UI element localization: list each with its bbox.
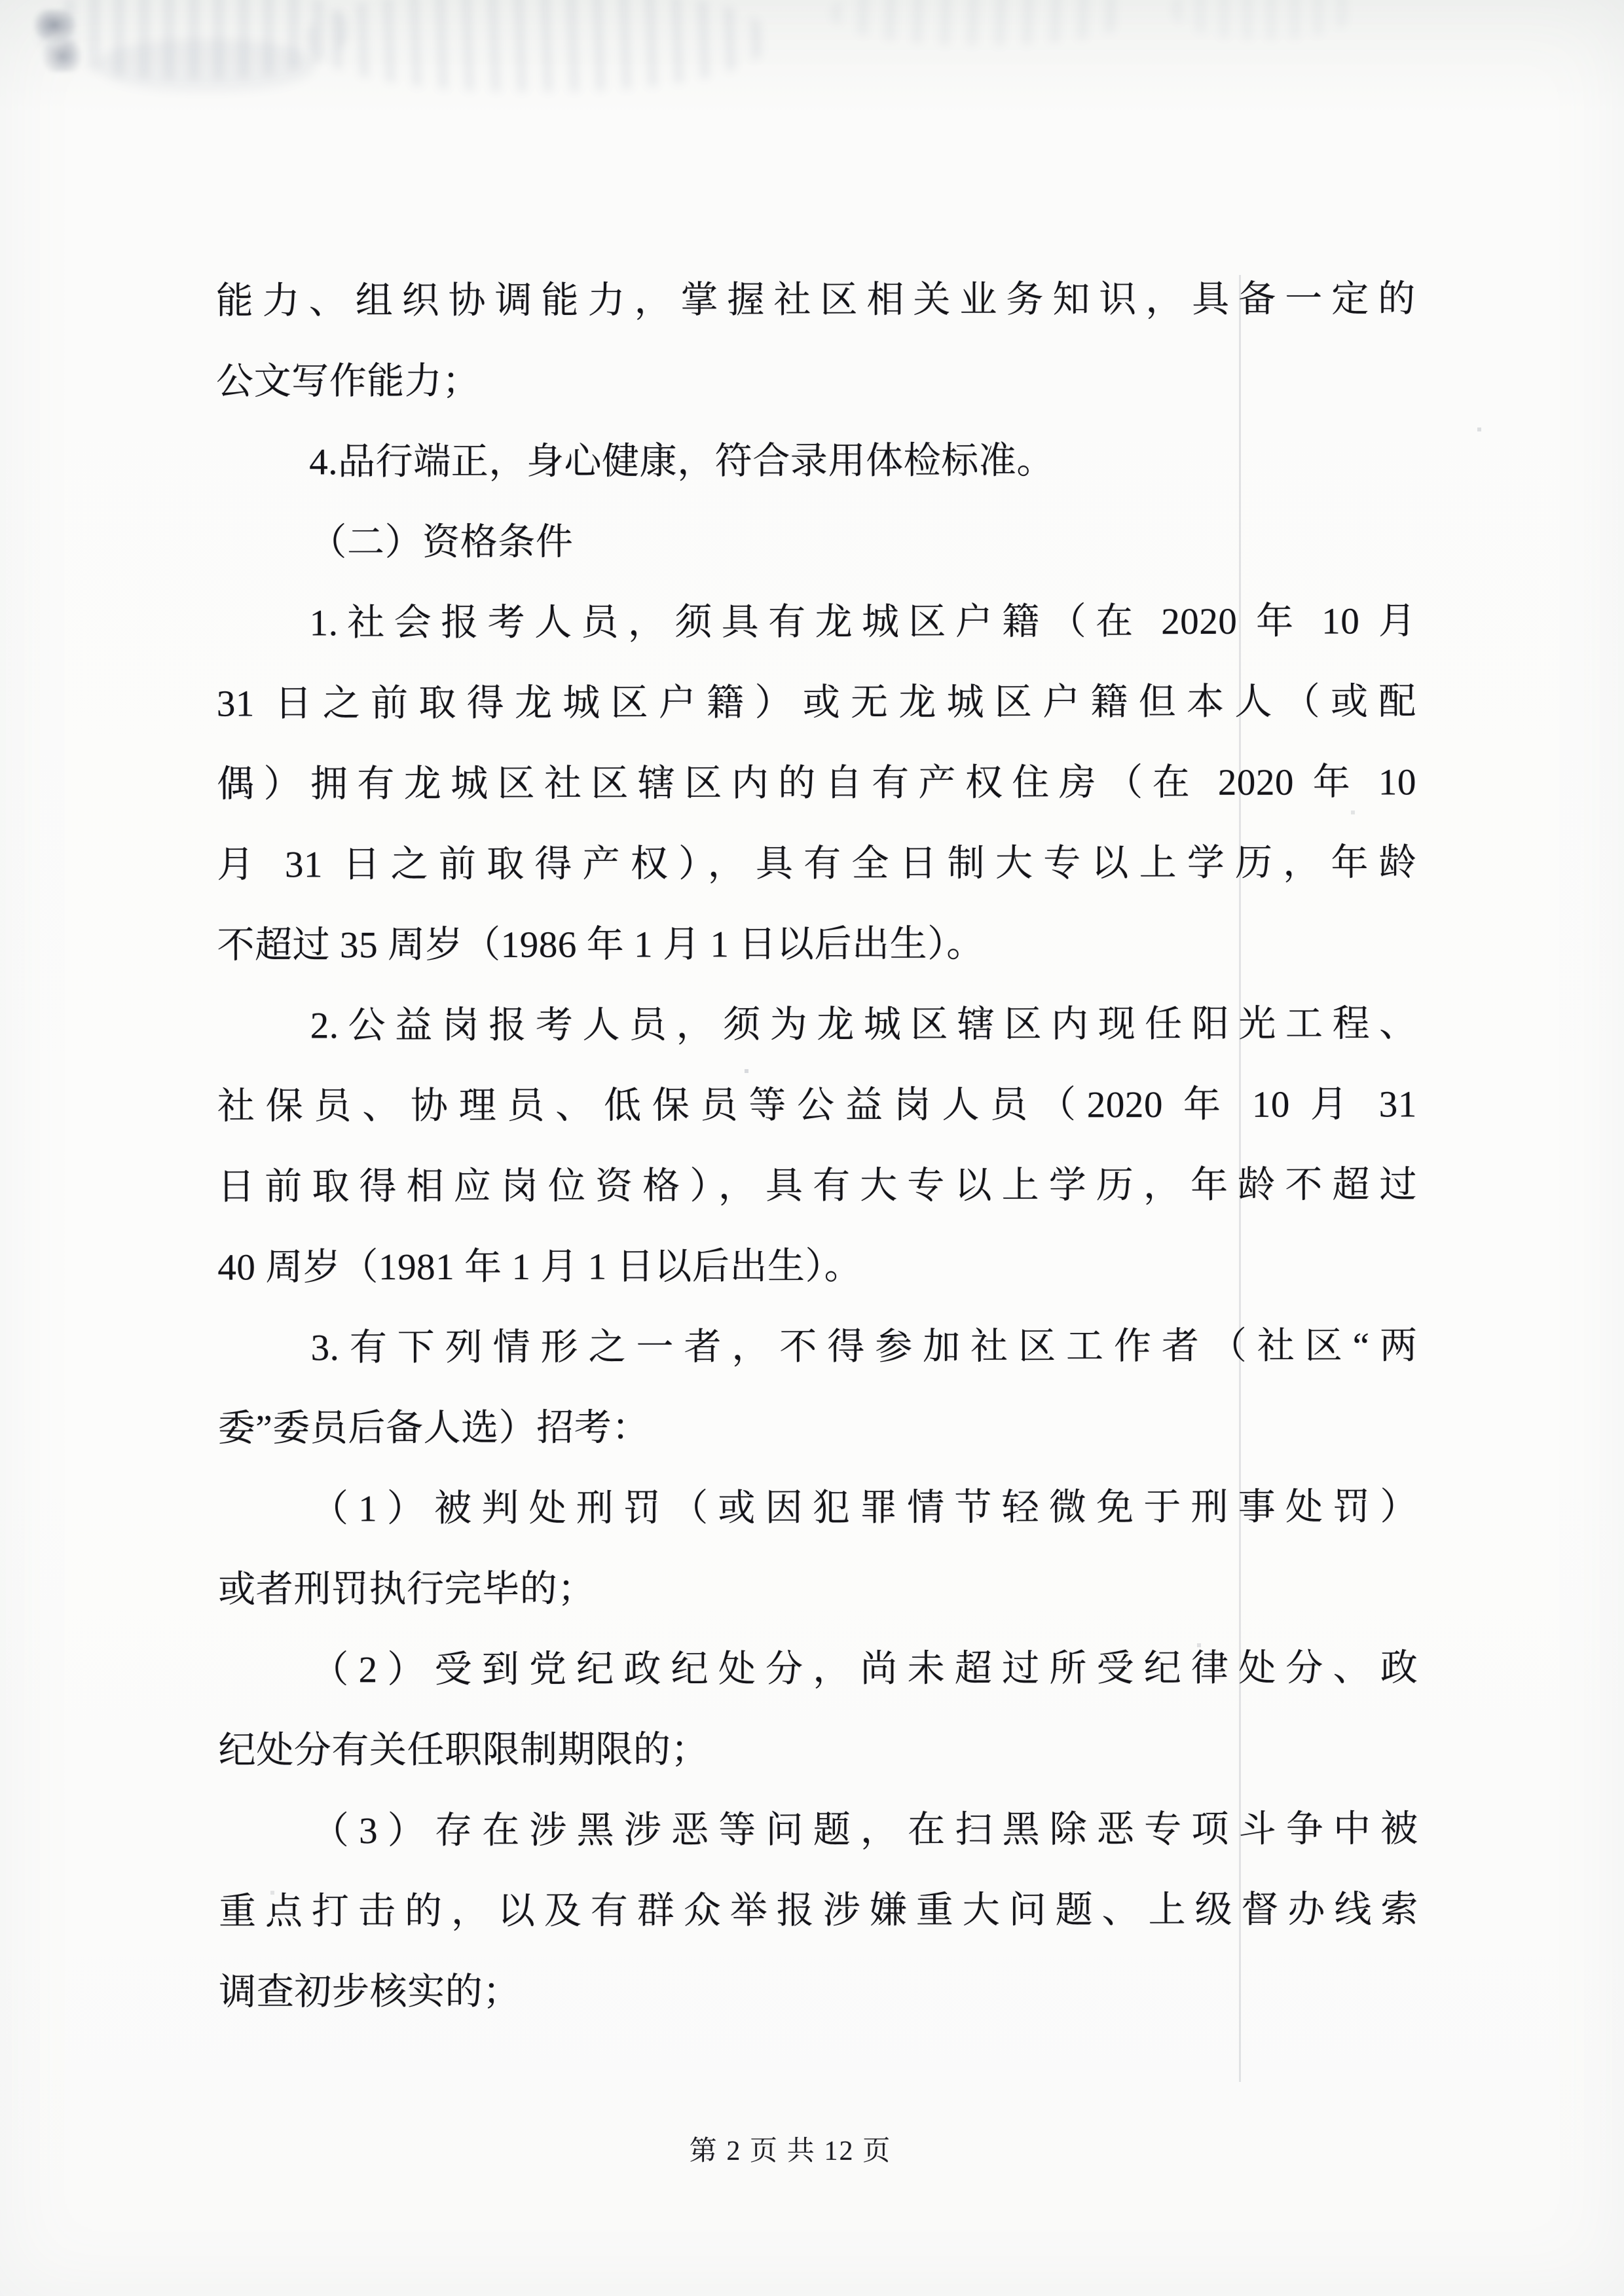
bleedthrough-mark	[1172, 0, 1356, 40]
body-line: 1.社会报考人员，须具有龙城区户籍（在 2020 年 10 月	[216, 581, 1416, 663]
page-number: 第 2 页 共 12 页	[690, 2136, 892, 2166]
bleedthrough-mark	[98, 39, 314, 92]
bleedthrough-mark	[832, 0, 1133, 46]
body-line: 公文写作能力；	[216, 339, 1416, 422]
body-line: 调查初步核实的；	[219, 1950, 1418, 2032]
page-footer: 第 2 页 共 12 页	[0, 2129, 1581, 2168]
section-heading-line: （二）资格条件	[216, 500, 1416, 583]
body-line: （1）被判处刑罚（或因犯罪情节轻微免于刑事处罚）	[218, 1467, 1418, 1549]
paper-specks	[0, 0, 1, 1]
body-line: 月 31 日之前取得产权），具有全日制大专以上学历，年龄	[217, 822, 1416, 905]
body-line: 不超过 35 周岁（1986 年 1 月 1 日以后出生）。	[217, 903, 1416, 985]
body-line: 40 周岁（1981 年 1 月 1 日以后出生）。	[217, 1225, 1417, 1307]
body-line: 纪处分有关任职限制期限的；	[219, 1708, 1418, 1791]
body-line: 4.品行端正，身心健康，符合录用体检标准。	[216, 420, 1416, 502]
scanned-document-page: 能力、组织协调能力，掌握社区相关业务知识，具备一定的 公文写作能力； 4.品行端…	[0, 0, 1624, 2296]
body-line: 31 日之前取得龙城区户籍）或无龙城区户籍但本人（或配	[217, 661, 1416, 744]
body-line: 重点打击的，以及有群众举报涉嫌重大问题、上级督办线索	[219, 1869, 1418, 1952]
body-line: 社保员、协理员、低保员等公益岗人员（2020 年 10 月 31	[217, 1064, 1417, 1146]
body-line: 偶）拥有龙城区社区辖区内的自有产权住房（在 2020 年 10	[217, 742, 1416, 824]
body-line: 委”委员后备人选）招考：	[218, 1386, 1418, 1468]
ink-smudge	[34, 9, 85, 72]
body-line: （2）受到党纪政纪处分，尚未超过所受纪律处分、政	[218, 1628, 1418, 1710]
bleedthrough-mark	[39, 0, 347, 80]
body-line: 能力、组织协调能力，掌握社区相关业务知识，具备一定的	[216, 259, 1416, 341]
body-line: 3.有下列情形之一者，不得参加社区工作者（社区“两	[217, 1305, 1417, 1388]
bleedthrough-mark	[308, 0, 766, 92]
body-line: 2.公益岗报考人员，须为龙城区辖区内现任阳光工程、	[217, 983, 1417, 1066]
body-line: 日前取得相应岗位资格），具有大专以上学历，年龄不超过	[217, 1144, 1417, 1227]
body-line: 或者刑罚执行完毕的；	[218, 1547, 1418, 1630]
body-line: （3）存在涉黑涉恶等问题，在扫黑除恶专项斗争中被	[219, 1789, 1418, 1871]
document-body: 能力、组织协调能力，掌握社区相关业务知识，具备一定的 公文写作能力； 4.品行端…	[216, 259, 1419, 2032]
